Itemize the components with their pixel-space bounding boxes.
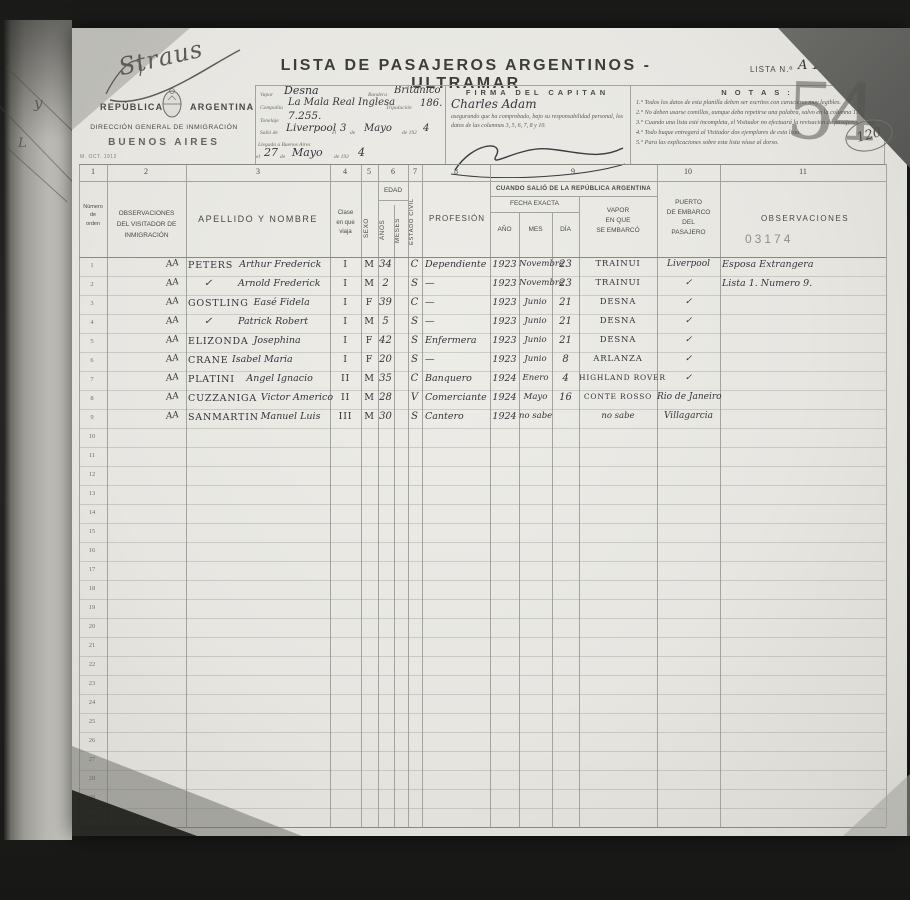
table-grid-hline: [490, 196, 657, 197]
cell-given-name: Angel Ignacio: [246, 373, 312, 384]
column-number: 9: [558, 167, 588, 176]
cell-profesion: —: [425, 278, 435, 289]
llegada-mes: Mayo: [292, 146, 323, 159]
cell-sexo: M: [361, 373, 378, 384]
header-fecha-exacta: FECHA EXACTA: [490, 200, 579, 207]
cell-anos: 5: [377, 316, 394, 327]
cell-puerto: ✓: [657, 297, 720, 307]
row-number: 17: [79, 566, 105, 573]
header-profesion: PROFESIÓN: [424, 214, 490, 223]
row-number: 12: [79, 471, 105, 478]
header-estado-civil: ESTADO CIVIL: [409, 190, 422, 254]
cell-profesion: —: [425, 354, 435, 365]
cell-anos: 42: [377, 335, 394, 346]
visitor-mark: AA: [165, 391, 179, 403]
table-row-line: [79, 485, 886, 486]
cell-ano: 1924: [490, 411, 519, 422]
table-row-line: [79, 428, 886, 429]
table-grid-vline: [445, 85, 446, 164]
cell-anos: 2: [377, 278, 394, 289]
salio-anio: 4: [423, 123, 429, 134]
cell-anos: 28: [377, 392, 394, 403]
row-number: 10: [79, 433, 105, 440]
cell-puerto: Rio de Janeiro: [657, 392, 720, 402]
table-row-line: [79, 580, 886, 581]
cell-ano: 1924: [490, 392, 519, 403]
row-number: 19: [79, 604, 105, 611]
table-grid-hline: [378, 200, 408, 201]
column-number: 11: [788, 167, 818, 176]
cell-vapor: no sabe: [579, 411, 657, 421]
el-label: el: [332, 130, 336, 136]
cell-puerto: Liverpool: [657, 259, 720, 269]
cell-mes: Novembre: [519, 278, 552, 288]
ditto-check: ✓: [204, 278, 212, 289]
table-row: AAELIZONDAJosephinaIF42SEnfermera1923Jun…: [72, 333, 907, 352]
table-row-line: [79, 770, 886, 771]
header-clase: Clase en que viaja: [330, 209, 361, 238]
table-row-line: [79, 504, 886, 505]
header-dia: DÍA: [552, 226, 579, 233]
salio-label: Salió de: [260, 130, 278, 136]
cell-anos: 35: [377, 373, 394, 384]
cell-clase: I: [330, 335, 361, 346]
page-crease: [7, 148, 67, 202]
row-number: 23: [79, 680, 105, 687]
cell-sexo: M: [361, 259, 378, 270]
cell-anos: 30: [377, 411, 394, 422]
cell-observaciones: Esposa Extrangera: [722, 259, 814, 270]
cell-clase: I: [330, 259, 361, 270]
cell-anos: 34: [377, 259, 394, 270]
captain-name: Charles Adam: [451, 97, 537, 111]
cell-puerto: ✓: [657, 278, 720, 288]
table-grid-hline: [79, 164, 886, 165]
cell-anos: 39: [377, 297, 394, 308]
column-number: 10: [673, 167, 703, 176]
table-row-line: [79, 694, 886, 695]
cell-profesion: Banquero: [425, 373, 472, 384]
cell-anos: 20: [377, 354, 394, 365]
cell-ano: 1923: [490, 297, 519, 308]
visitor-mark: AA: [165, 334, 179, 346]
cell-puerto: ✓: [657, 316, 720, 326]
table-row-line: [79, 447, 886, 448]
header-puerto-embarco: PUERTO DE EMBARCO DEL PASAJERO: [657, 198, 720, 238]
table-grid-hline: [490, 212, 579, 213]
cell-ano: 1923: [490, 259, 519, 270]
captain-signature-flourish: [447, 136, 629, 178]
table-row-line: [79, 675, 886, 676]
republic-office: DIRECCIÓN GENERAL DE INMIGRACIÓN: [80, 124, 248, 131]
cell-sexo: F: [361, 335, 378, 346]
header-sexo: SEXO: [363, 204, 377, 252]
row-number: 18: [79, 585, 105, 592]
corner-signature-flourish: [96, 36, 246, 110]
cell-sexo: M: [361, 392, 378, 403]
salio-port: Liverpool: [286, 122, 336, 134]
cell-estado-civil: C: [407, 297, 422, 308]
cell-dia: 16: [552, 392, 579, 403]
header-apellido-y-nombre: APELLIDO Y NOMBRE: [186, 214, 330, 224]
cell-given-name: Isabel Maria: [232, 354, 293, 365]
salio-dia: 3: [340, 123, 346, 134]
captain-statement: asegurando que ha comprobado, bajo su re…: [451, 113, 623, 131]
cell-mes: Junio: [519, 335, 552, 345]
page-number: 120: [855, 125, 883, 146]
cell-estado-civil: C: [407, 259, 422, 270]
cell-estado-civil: S: [407, 354, 422, 365]
cell-profesion: —: [425, 297, 435, 308]
table-row-line: [79, 618, 886, 619]
cell-profesion: Comerciante: [425, 392, 487, 403]
cell-surname: CUZZANIGA: [188, 393, 257, 404]
cell-dia: 8: [552, 354, 579, 365]
header-mes: MES: [519, 226, 552, 233]
anio-label: de 192: [402, 130, 417, 136]
table-row: AAGOSTLINGEasé FidelaIF39C—1923Junio21DE…: [72, 295, 907, 314]
table-row-line: [79, 656, 886, 657]
table-row: AAPLATINIAngel IgnacioIIM35CBanquero1924…: [72, 371, 907, 390]
llegada-anio: 4: [358, 146, 365, 159]
llegada-dia: 27: [264, 146, 278, 159]
cell-mes: Junio: [519, 354, 552, 364]
cell-surname: PETERS: [188, 260, 233, 271]
cell-vapor: CONTE ROSSO: [579, 392, 657, 401]
print-code: M. OCT. 1912: [80, 154, 117, 160]
cell-puerto: Villagarcia: [657, 411, 720, 421]
ditto-check: ✓: [204, 316, 212, 327]
cell-profesion: Dependiente: [425, 259, 486, 270]
cell-mes: Novembre: [519, 259, 552, 269]
cell-vapor: DESNA: [579, 316, 657, 326]
row-number: 22: [79, 661, 105, 668]
cell-mes: Junio: [519, 316, 552, 326]
table-row-line: [79, 599, 886, 600]
cell-sexo: M: [361, 316, 378, 327]
cell-sexo: F: [361, 354, 378, 365]
cell-clase: I: [330, 278, 361, 289]
table-row: AACRANEIsabel MariaIF20S—1923Junio8ARLAN…: [72, 352, 907, 371]
cell-given-name: Victor Americo: [261, 392, 333, 403]
cell-ano: 1923: [490, 278, 519, 289]
cell-profesion: Cantero: [425, 411, 464, 422]
table-row-line: [79, 713, 886, 714]
cell-mes: Enero: [519, 373, 552, 383]
cell-given-name: Josephina: [254, 335, 301, 346]
visitor-mark: AA: [165, 277, 179, 289]
llegada-anio-label: de 192: [334, 154, 349, 160]
cell-given-name: Patrick Robert: [238, 316, 308, 327]
header-observaciones-visitador: OBSERVACIONES DEL VISITADOR DE INMIGRACI…: [107, 208, 186, 241]
cell-surname: GOSTLING: [188, 298, 249, 309]
de-label: de: [350, 130, 355, 136]
cell-clase: II: [330, 373, 361, 384]
row-number: 13: [79, 490, 105, 497]
salio-mes: Mayo: [364, 123, 392, 134]
cell-mes: no sabe: [519, 411, 552, 421]
header-observaciones: OBSERVACIONES: [724, 214, 886, 223]
compania-label: Compañía: [260, 105, 283, 111]
cell-vapor: ARLANZA: [579, 354, 657, 364]
table-row: AAPETERSArthur FrederickIM34CDependiente…: [72, 257, 907, 276]
captain-box-title: FIRMA DEL CAPITAN: [445, 88, 630, 97]
visitor-mark: AA: [165, 353, 179, 365]
cell-vapor: DESNA: [579, 335, 657, 345]
visitor-mark: AA: [165, 372, 179, 384]
cell-vapor: TRAINUI: [579, 278, 657, 288]
table-row: AACUZZANIGAVictor AmericoIIM28VComercian…: [72, 390, 907, 409]
column-number: 8: [441, 167, 471, 176]
cell-observaciones: Lista 1. Numero 9.: [722, 278, 812, 289]
row-number: 25: [79, 718, 105, 725]
header-edad: EDAD: [378, 187, 408, 194]
cell-ano: 1923: [490, 316, 519, 327]
bandera-value: Británico: [394, 85, 441, 96]
cell-mes: Mayo: [519, 392, 552, 402]
cell-surname: ELIZONDA: [188, 336, 249, 347]
table-row-line: [79, 561, 886, 562]
cell-dia: 23: [552, 259, 579, 270]
passenger-list-page: LISTA DE PASAJEROS ARGENTINOS - ULTRAMAR…: [72, 28, 907, 836]
row-number: 24: [79, 699, 105, 706]
header-ano: AÑO: [490, 226, 519, 233]
tonelaje-value: 7.255.: [288, 110, 321, 122]
cell-dia: 4: [552, 373, 579, 384]
cell-dia: 21: [552, 297, 579, 308]
cell-puerto: ✓: [657, 373, 720, 383]
table-row-line: [79, 542, 886, 543]
margin-pencil-mark: L: [18, 136, 27, 151]
cell-ano: 1923: [490, 354, 519, 365]
cell-sexo: F: [361, 297, 378, 308]
cell-estado-civil: S: [407, 278, 422, 289]
table-row-line: [79, 523, 886, 524]
header-numero-de-orden: Número de orden: [79, 203, 107, 228]
cell-puerto: ✓: [657, 354, 720, 364]
cell-given-name: Arthur Frederick: [239, 259, 321, 270]
table-row-line: [79, 637, 886, 638]
llegada-el-label: el: [256, 154, 260, 160]
cell-clase: I: [330, 316, 361, 327]
cell-clase: I: [330, 297, 361, 308]
row-number: 21: [79, 642, 105, 649]
compania-value: La Mala Real Inglesa: [288, 97, 395, 108]
cell-surname: SANMARTIN: [188, 412, 259, 423]
vapor-label: Vapor: [260, 92, 273, 98]
cell-dia: 21: [552, 335, 579, 346]
header-vapor-embarco: VAPOR EN QUE SE EMBARCÓ: [579, 206, 657, 236]
row-number: 20: [79, 623, 105, 630]
cell-ano: 1923: [490, 335, 519, 346]
row-number: 26: [79, 737, 105, 744]
tripulacion-value: 186.: [420, 98, 442, 109]
cell-profesion: —: [425, 316, 435, 327]
cell-surname: CRANE: [188, 355, 229, 366]
llegada-de-label: de: [280, 154, 285, 160]
cell-vapor: DESNA: [579, 297, 657, 307]
row-number: 14: [79, 509, 105, 516]
table-grid-vline: [255, 85, 256, 164]
table-row-line: [79, 751, 886, 752]
cell-estado-civil: C: [407, 373, 422, 384]
cell-surname: PLATINI: [188, 374, 235, 385]
table-row-line: [79, 466, 886, 467]
header-anos: AÑOS: [379, 208, 393, 252]
book-binding-edge: y L: [4, 20, 72, 840]
cell-vapor: TRAINUI: [579, 259, 657, 269]
scanned-document-canvas: y L LISTA DE PASAJEROS ARGENTINOS - ULTR…: [0, 0, 910, 900]
visitor-mark: AA: [165, 296, 179, 308]
tripulacion-label: Tripulación: [386, 105, 412, 111]
table-row: AA✓Arnold FrederickIM2S—1923Novembre23TR…: [72, 276, 907, 295]
cell-given-name: Manuel Luis: [261, 411, 321, 422]
row-number: 16: [79, 547, 105, 554]
table-grid-hline: [79, 181, 886, 182]
column-number: 3: [243, 167, 273, 176]
folio-number-stamp: 03174: [745, 232, 793, 246]
visitor-mark: AA: [165, 410, 179, 422]
cell-mes: Junio: [519, 297, 552, 307]
table-row: AASANMARTINManuel LuisIIIM30SCantero1924…: [72, 409, 907, 428]
table-row-line: [79, 732, 886, 733]
cell-clase: III: [330, 411, 361, 422]
row-number: 11: [79, 452, 105, 459]
column-number: 1: [78, 167, 108, 176]
cell-vapor: HIGHLAND ROVER: [579, 373, 657, 382]
header-cuando-salio: CUANDO SALIÓ DE LA REPÚBLICA ARGENTINA: [492, 185, 655, 192]
cell-sexo: M: [361, 278, 378, 289]
header-meses: MESES: [394, 208, 408, 252]
cell-estado-civil: S: [407, 335, 422, 346]
cell-given-name: Easé Fidela: [254, 297, 310, 308]
cell-estado-civil: S: [407, 411, 422, 422]
cell-estado-civil: S: [407, 316, 422, 327]
margin-pencil-mark: y: [34, 94, 42, 112]
visitor-mark: AA: [165, 315, 179, 327]
cell-dia: 23: [552, 278, 579, 289]
visitor-mark: AA: [165, 258, 179, 270]
table-grid-vline: [630, 85, 631, 164]
tonelaje-label: Tonelaje: [260, 118, 279, 124]
table-row: AA✓Patrick RobertIM5S—1923Junio21DESNA✓: [72, 314, 907, 333]
cell-clase: II: [330, 392, 361, 403]
column-number: 7: [400, 167, 430, 176]
cell-estado-civil: V: [407, 392, 422, 403]
cell-ano: 1924: [490, 373, 519, 384]
cell-puerto: ✓: [657, 335, 720, 345]
cell-clase: I: [330, 354, 361, 365]
cell-profesion: Enfermera: [425, 335, 477, 346]
table-row-line: [79, 789, 886, 790]
cell-sexo: M: [361, 411, 378, 422]
cell-given-name: Arnold Frederick: [238, 278, 321, 289]
republic-city: BUENOS AIRES: [80, 137, 248, 148]
row-number: 15: [79, 528, 105, 535]
column-number: 2: [131, 167, 161, 176]
cell-dia: 21: [552, 316, 579, 327]
